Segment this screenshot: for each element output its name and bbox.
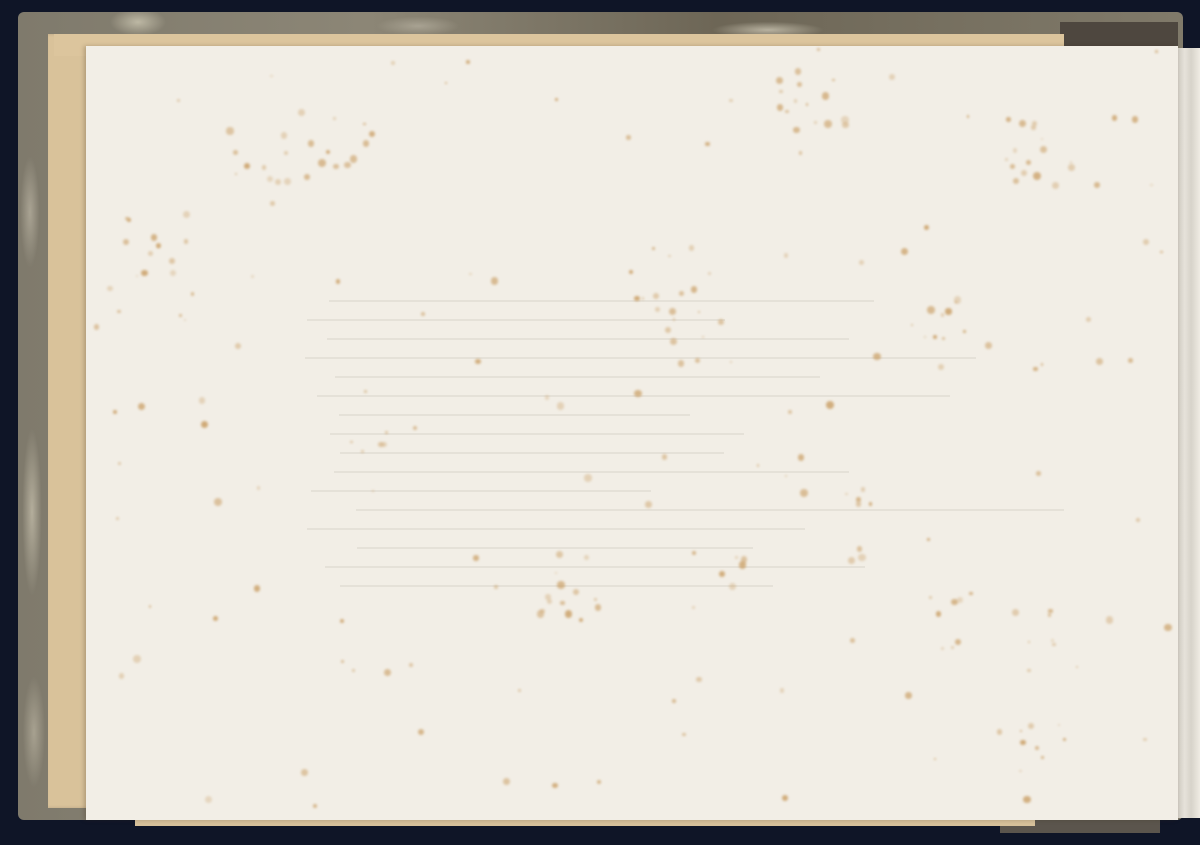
bleed-through-line [335,376,819,378]
foxing-spot [645,501,652,508]
foxing-spot [1036,471,1041,476]
foxing-spot [363,123,365,125]
foxing-spot [857,546,863,552]
foxing-spot [281,132,288,139]
foxing-spot [1019,770,1021,772]
foxing-spot [797,82,802,87]
foxing-spot [413,426,418,431]
foxing-spot [473,555,478,560]
foxing-spot [672,699,676,703]
foxing-spot [1063,738,1065,740]
foxing-spot [929,596,932,599]
foxing-spot [927,306,935,314]
foxing-spot [1136,518,1140,522]
foxing-spot [333,117,335,119]
bleed-through-line [307,528,805,530]
bleed-through-line [311,490,651,492]
foxing-spot [350,155,358,163]
foxing-spot [776,77,783,84]
foxing-spot [832,79,834,81]
foxing-spot [318,159,326,167]
foxing-spot [689,245,694,250]
foxing-spot [718,319,724,325]
foxing-spot [244,163,250,169]
foxing-spot [1020,740,1025,745]
page-block-edge [1178,48,1200,818]
foxing-spot [969,592,972,595]
foxing-spot [113,410,117,414]
foxing-spot [1033,367,1037,371]
bleed-through-line [325,566,865,568]
foxing-spot [784,253,788,257]
foxing-spot [301,769,308,776]
foxing-spot [226,127,233,134]
foxing-spot [557,402,564,409]
foxing-spot [741,556,748,563]
foxing-spot [257,486,260,489]
foxing-spot [284,178,291,185]
foxing-spot [945,308,951,314]
foxing-spot [1051,639,1054,642]
foxing-spot [1023,796,1031,804]
foxing-spot [555,98,558,101]
foxing-spot [824,120,831,127]
foxing-spot [963,330,966,333]
foxing-spot [652,247,655,250]
bleed-through-line [307,319,725,321]
foxing-spot [518,689,521,692]
foxing-spot [213,616,218,621]
foxing-spot [1013,148,1017,152]
bleed-through-line [330,433,744,435]
foxing-spot [873,353,880,360]
foxing-spot [298,109,305,116]
foxing-spot [336,279,340,283]
foxing-spot [642,297,645,300]
foxing-spot [466,60,470,64]
foxing-spot [682,733,685,736]
foxing-spot [869,502,872,505]
foxing-spot [785,110,789,114]
foxing-spot [1040,146,1047,153]
foxing-spot [668,255,670,257]
foxing-spot [905,692,911,698]
foxing-spot [1106,616,1114,624]
foxing-spot [94,324,100,330]
foxing-spot [938,364,944,370]
foxing-spot [629,270,633,274]
foxing-spot [149,605,152,608]
foxing-spot [251,275,254,278]
foxing-spot [584,474,591,481]
foxing-spot [421,312,425,316]
foxing-spot [793,127,799,133]
foxing-spot [1020,730,1022,732]
foxing-spot [858,554,865,561]
foxing-spot [177,99,180,102]
foxing-spot [841,116,849,124]
foxing-spot [782,795,788,801]
foxing-spot [850,638,855,643]
foxing-spot [1143,239,1149,245]
foxing-spot [557,581,564,588]
foxing-spot [1031,125,1035,129]
foxing-spot [183,211,190,218]
foxing-spot [313,804,317,808]
foxing-spot [191,292,195,296]
foxing-spot [822,92,829,99]
foxing-spot [169,258,175,264]
foxing-spot [409,663,413,667]
foxing-spot [361,450,364,453]
foxing-spot [1006,117,1011,122]
foxing-spot [385,431,388,434]
foxing-spot [729,99,733,103]
foxing-spot [951,646,954,649]
foxing-spot [856,497,861,502]
bleed-through-line [339,414,690,416]
foxing-spot [1094,182,1100,188]
cover-board-edge [1060,22,1178,46]
foxing-spot [800,489,808,497]
foxing-spot [1033,172,1041,180]
foxing-spot [634,390,641,397]
foxing-spot [670,338,677,345]
foxing-spot [262,165,267,170]
foxing-spot [927,538,930,541]
foxing-spot [705,142,709,146]
foxing-spot [985,342,992,349]
foxing-spot [199,397,206,404]
foxing-spot [1068,164,1075,171]
foxing-spot [696,677,701,682]
foxing-spot [799,151,802,154]
foxing-spot [997,729,1002,734]
foxing-spot [794,99,798,103]
bleed-through-line [356,509,1064,511]
foxing-spot [565,610,572,617]
foxing-spot [1160,251,1162,253]
foxing-spot [579,618,583,622]
foxing-spot [1155,50,1158,53]
foxing-spot [1005,158,1008,161]
foxing-spot [1021,170,1027,176]
foxing-spot [136,275,138,277]
foxing-spot [780,688,785,693]
foxing-spot [595,604,602,611]
foxing-spot [678,360,684,366]
foxing-spot [1058,724,1060,726]
foxing-spot [933,335,937,339]
foxing-spot [634,296,640,302]
foxing-spot [692,606,695,609]
foxing-spot [418,729,424,735]
foxing-spot [369,131,375,137]
foxing-spot [151,234,158,241]
foxing-spot [777,104,783,110]
foxing-spot [626,135,631,140]
bleed-through-line [327,338,850,340]
foxing-spot [1027,669,1030,672]
foxing-spot [798,454,805,461]
foxing-spot [967,115,969,117]
foxing-spot [936,611,941,616]
bleed-through-line [329,300,873,302]
bleed-through-line [357,547,753,549]
foxing-spot [1041,756,1044,759]
foxing-spot [806,103,808,105]
foxing-spot [889,74,895,80]
foxing-spot [1143,738,1146,741]
foxing-spot [545,395,549,399]
foxing-spot [340,619,344,623]
foxing-spot [304,174,310,180]
foxing-spot [267,176,273,182]
foxing-spot [254,585,261,592]
foxing-spot [691,286,698,293]
foxing-spot [662,454,668,460]
foxing-spot [708,272,711,275]
foxing-spot [795,68,802,75]
foxing-spot [363,140,370,147]
foxing-spot [1132,116,1138,122]
foxing-spot [1048,613,1052,617]
bleed-through-line [317,395,950,397]
foxing-spot [757,464,759,466]
bleed-through-line [334,471,849,473]
foxing-spot [157,246,159,248]
foxing-spot [117,310,120,313]
foxing-spot [141,270,148,277]
foxing-spot [1164,624,1171,631]
foxing-spot [826,401,834,409]
